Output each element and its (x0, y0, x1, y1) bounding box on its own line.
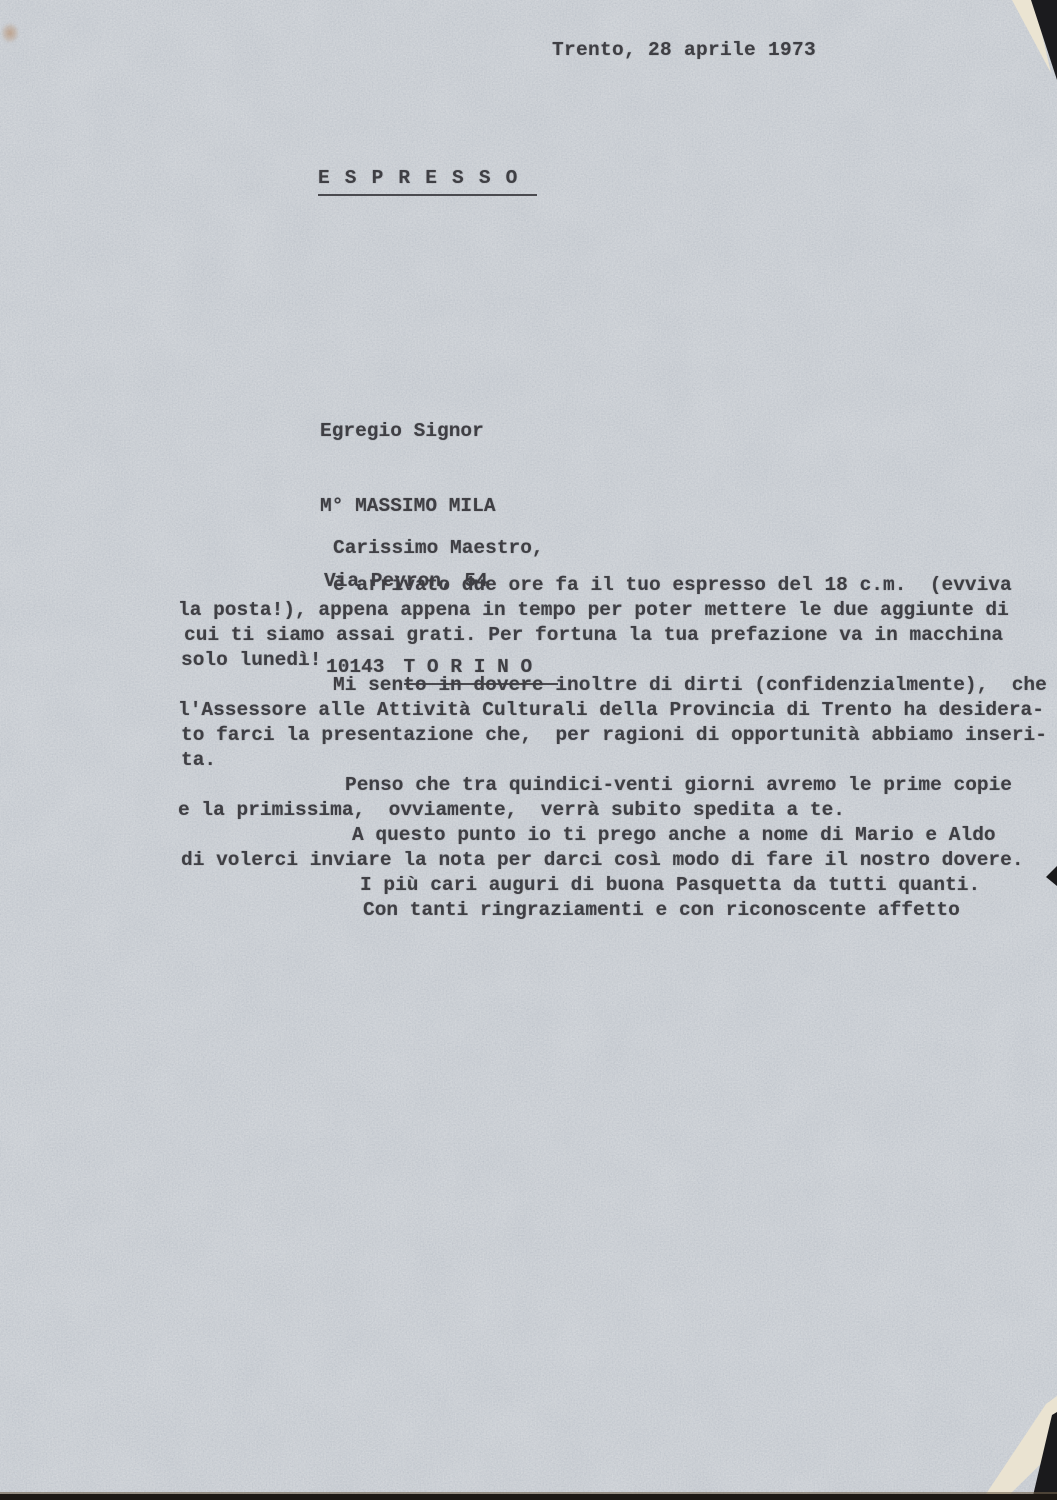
letter-body-line: Mi sento in dovere inoltre di dirti (con… (178, 673, 1057, 698)
recipient-title: Egregio Signor (320, 419, 558, 444)
letter-body-line: ta. (178, 748, 1057, 773)
letter-page: Trento, 28 aprile 1973 E S P R E S S O E… (0, 0, 1057, 1500)
letter-body-line: Penso che tra quindici-venti giorni avre… (178, 773, 1057, 798)
recipient-name: M° MASSIMO MILA (320, 494, 558, 519)
underlay-sliver-top-right (1012, 0, 1051, 73)
letter-body-line: l'Assessore alle Attività Culturali dell… (178, 698, 1057, 723)
salutation: Carissimo Maestro, (333, 536, 544, 561)
letter-body-line: e la primissima, ovviamente, verrà subit… (178, 798, 1057, 823)
letter-body-line: Con tanti ringraziamenti e con riconosce… (178, 898, 1057, 923)
letter-body: è arrivato due ore fa il tuo espresso de… (178, 573, 1057, 923)
letter-body-line: A questo punto io ti prego anche a nome … (178, 823, 1057, 848)
backing-corner-bottom-right (1032, 1412, 1057, 1500)
espresso-heading-text: E S P R E S S O (318, 166, 537, 196)
letter-body-line: di volerci inviare la nota per darci cos… (178, 848, 1057, 873)
backing-corner-top-right (1031, 0, 1057, 80)
letter-body-line: to farci la presentazione che, per ragio… (178, 723, 1057, 748)
letter-body-line: cui ti siamo assai grati. Per fortuna la… (178, 623, 1057, 648)
bottom-edge-shadow (0, 1492, 1057, 1494)
letter-body-line: la posta!), appena appena in tempo per p… (178, 598, 1057, 623)
date-line: Trento, 28 aprile 1973 (552, 38, 816, 63)
letter-body-line: solo lunedì! (178, 648, 1057, 673)
foxing-spot (1, 23, 19, 43)
espresso-heading: E S P R E S S O (318, 166, 537, 196)
backing-bottom-strip (0, 1494, 1057, 1500)
letter-body-line: I più cari auguri di buona Pasquetta da … (178, 873, 1057, 898)
underlay-corner-bottom-right (982, 1396, 1057, 1500)
letter-body-line: è arrivato due ore fa il tuo espresso de… (178, 573, 1057, 598)
